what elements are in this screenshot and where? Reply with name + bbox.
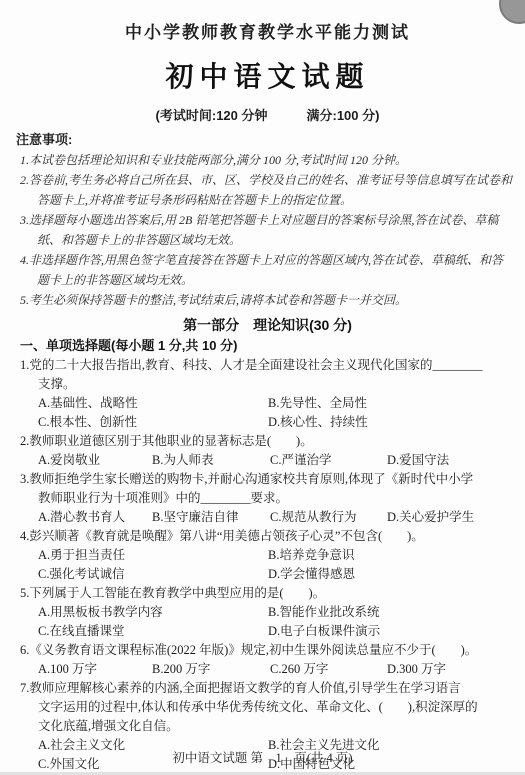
question-3-option-a: A.潜心教书育人 [38, 508, 152, 527]
exam-paper-page: 中小学教师教育教学水平能力测试 初中语文试题 (考试时间:120 分钟 满分:1… [0, 0, 525, 775]
page-footer: 初中语文试题 第 1 页(共 4 页) [0, 748, 525, 766]
question-6-option-c: C.260 万字 [270, 660, 387, 679]
question-2-option-b: B.为人师表 [152, 451, 270, 470]
question-4-option-b: B.培养竞争意识 [268, 546, 515, 565]
question-1: 1.党的二十大报告指出,教育、科技、人才是全面建设社会主义现代化国家的_____… [20, 356, 515, 432]
paper-title: 初中语文试题 [20, 55, 515, 95]
question-4-stem: 4.彭兴顺著《教育就是唤醒》第八讲“用美德占领孩子心灵”不包含( )。 [20, 527, 515, 546]
question-6-option-a: A.100 万字 [38, 660, 152, 679]
question-5: 5.下列属于人工智能在教育教学中典型应用的是( )。 A.用黑板板书教学内容 B… [20, 584, 515, 641]
question-4-options: A.勇于担当责任 B.培养竞争意识 C.强化考试诚信 D.学会懂得感恩 [38, 546, 515, 584]
question-5-option-b: B.智能作业批改系统 [268, 603, 515, 622]
exam-info-line: (考试时间:120 分钟 满分:100 分) [20, 105, 515, 124]
notices-heading: 注意事项: [16, 130, 515, 150]
question-3-stem: 3.教师拒绝学生家长赠送的购物卡,并耐心沟通家校共育原则,体现了《新时代中小学 … [20, 470, 515, 508]
question-6: 6.《义务教育语文课程标准(2022 年版)》规定,初中生课外阅读总量应不少于(… [20, 641, 515, 679]
question-6-options: A.100 万字 B.200 万字 C.260 万字 D.300 万字 [38, 660, 515, 679]
question-3-options: A.潜心教书育人 B.坚守廉洁自律 C.规范从教行为 D.关心爱护学生 [38, 508, 515, 527]
notice-item-3: 3.选择题每小题选出答案后,用 2B 铅笔把答题卡上对应题目的答案标号涂黑,答在… [20, 210, 515, 250]
question-2-stem: 2.教师职业道德区别于其他职业的显著标志是( )。 [20, 432, 515, 451]
question-3-option-b: B.坚守廉洁自律 [152, 508, 270, 527]
question-4: 4.彭兴顺著《教育就是唤醒》第八讲“用美德占领孩子心灵”不包含( )。 A.勇于… [20, 527, 515, 584]
question-2-options: A.爱岗敬业 B.为人师表 C.严谨治学 D.爱国守法 [38, 451, 515, 470]
question-2: 2.教师职业道德区别于其他职业的显著标志是( )。 A.爱岗敬业 B.为人师表 … [20, 432, 515, 470]
notice-item-5: 5.考生必须保持答题卡的整洁,考试结束后,请将本试卷和答题卡一并交回。 [20, 290, 515, 310]
question-4-option-d: D.学会懂得感恩 [268, 565, 515, 584]
question-1-option-b: B.先导性、全局性 [268, 394, 515, 413]
question-1-options: A.基础性、战略性 B.先导性、全局性 C.根本性、创新性 D.核心性、持续性 [38, 394, 515, 432]
question-1-option-a: A.基础性、战略性 [38, 394, 268, 413]
question-2-option-d: D.爱国守法 [387, 451, 515, 470]
question-4-option-a: A.勇于担当责任 [38, 546, 268, 565]
question-5-option-d: D.电子白板课件演示 [268, 622, 515, 641]
section-heading: 第一部分 理论知识(30 分) [20, 314, 515, 336]
question-type-heading: 一、单项选择题(每小题 1 分,共 10 分) [20, 336, 515, 356]
exam-title: 中小学教师教育教学水平能力测试 [20, 18, 515, 43]
question-5-option-a: A.用黑板板书教学内容 [38, 603, 268, 622]
question-1-option-c: C.根本性、创新性 [38, 413, 268, 432]
question-2-option-a: A.爱岗敬业 [38, 451, 152, 470]
question-6-option-b: B.200 万字 [152, 660, 270, 679]
notice-item-1: 1.本试卷包括理论知识和专业技能两部分,满分 100 分,考试时间 120 分钟… [20, 150, 515, 170]
question-3-option-c: C.规范从教行为 [270, 508, 387, 527]
notice-item-2: 2.答卷前,考生务必将自己所在县、市、区、学校及自己的姓名、准考证号等信息填写在… [20, 170, 515, 210]
notice-item-4: 4.非选择题作答,用黑色签字笔直接答在答题卡上对应的答题区域内,答在试卷、草稿纸… [20, 250, 515, 290]
question-5-option-c: C.在线直播课堂 [38, 622, 268, 641]
question-1-stem: 1.党的二十大报告指出,教育、科技、人才是全面建设社会主义现代化国家的_____… [20, 356, 515, 394]
question-5-options: A.用黑板板书教学内容 B.智能作业批改系统 C.在线直播课堂 D.电子白板课件… [38, 603, 515, 641]
question-3: 3.教师拒绝学生家长赠送的购物卡,并耐心沟通家校共育原则,体现了《新时代中小学 … [20, 470, 515, 527]
question-4-option-c: C.强化考试诚信 [38, 565, 268, 584]
question-6-option-d: D.300 万字 [387, 660, 515, 679]
notices-block: 注意事项: 1.本试卷包括理论知识和专业技能两部分,满分 100 分,考试时间 … [20, 130, 515, 310]
question-6-stem: 6.《义务教育语文课程标准(2022 年版)》规定,初中生课外阅读总量应不少于(… [20, 641, 515, 660]
question-5-stem: 5.下列属于人工智能在教育教学中典型应用的是( )。 [20, 584, 515, 603]
question-1-option-d: D.核心性、持续性 [268, 413, 515, 432]
question-7-stem: 7.教师应理解核心素养的内涵,全面把握语文教学的育人价值,引导学生在学习语言 文… [20, 679, 515, 736]
question-3-option-d: D.关心爱护学生 [387, 508, 515, 527]
question-2-option-c: C.严谨治学 [270, 451, 387, 470]
